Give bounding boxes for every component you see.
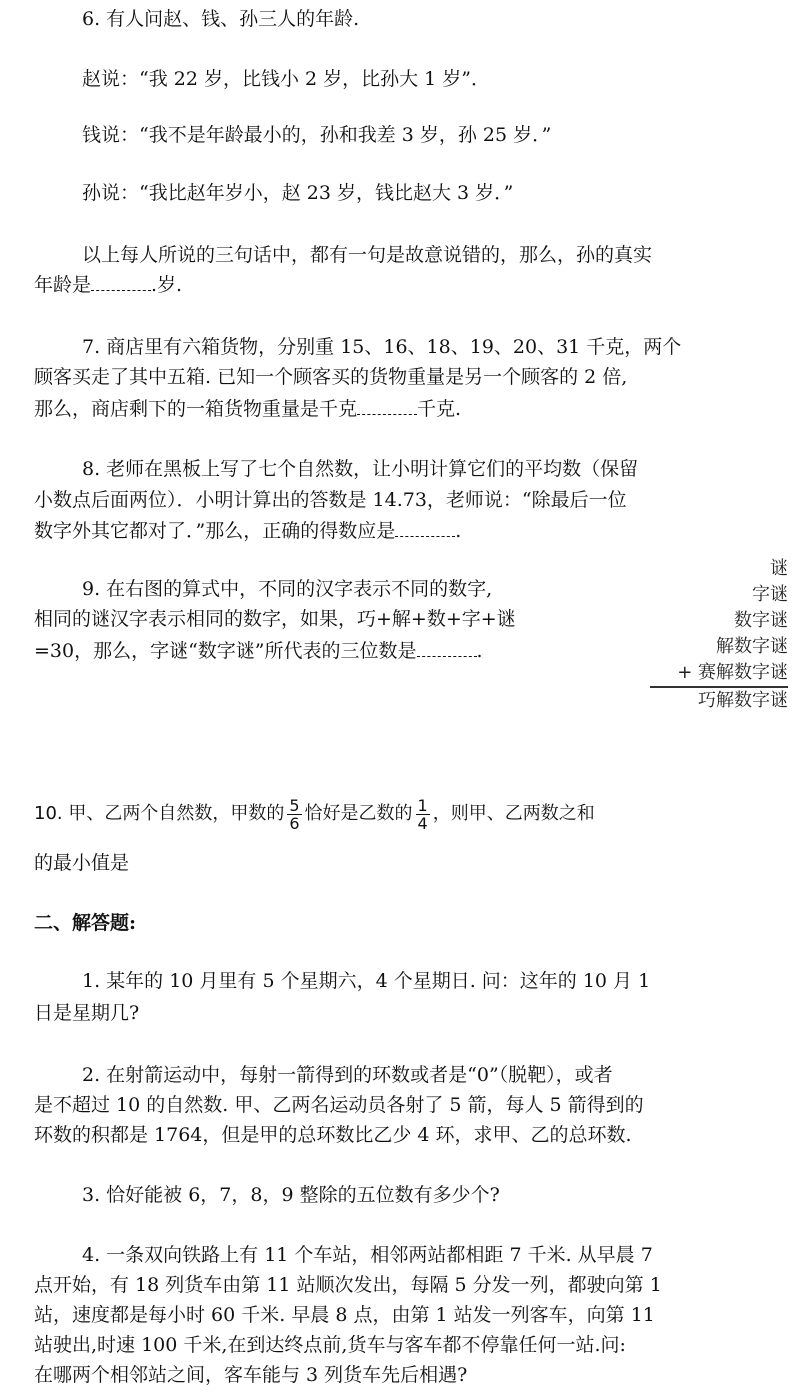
q7-answer-blank[interactable]	[357, 412, 417, 415]
q8-answer-blank[interactable]	[395, 534, 455, 537]
q6-sun-statement: 孙说：“我比赵年岁小，赵 23 岁，钱比赵大 3 岁．”	[82, 180, 513, 206]
fraction-denominator: 6	[289, 815, 299, 832]
q7-line3: 那么，商店剩下的一箱货物重量是千克千克.	[34, 396, 794, 422]
a4-line5: 在哪两个相邻站之间，客车能与 3 列货车先后相遇?	[34, 1362, 794, 1388]
a2-line1: 2. 在射箭运动中，每射一箭得到的环数或者是“0”（脱靶），或者	[82, 1062, 613, 1088]
q6-question-line2: 年龄是.岁.	[34, 272, 794, 298]
q9-answer-blank[interactable]	[417, 654, 477, 657]
q10-text-pre: 10. 甲、乙两个自然数，甲数的	[34, 803, 284, 824]
q9-line2: 相同的谜汉字表示相同的数字，如果，巧+解+数+字+谜	[34, 606, 624, 632]
a3-line1: 3. 恰好能被 6，7，8，9 整除的五位数有多少个?	[82, 1182, 500, 1208]
q7-line3-suffix: 千克.	[417, 398, 461, 420]
q6-answer-blank[interactable]	[91, 288, 151, 291]
q10-text-mid: 恰好是乙数的	[305, 803, 413, 824]
fraction-five-sixths: 56	[287, 797, 301, 832]
q9-line3-text: =30，那么，字谜“数字谜”所代表的三位数是	[34, 640, 417, 662]
puzzle-result: 巧解数字谜	[648, 688, 788, 714]
a2-line2: 是不超过 10 的自然数. 甲、乙两名运动员各射了 5 箭，每人 5 箭得到的	[34, 1092, 794, 1118]
q8-line3-text: 数字外其它都对了．”那么，正确的得数应是	[34, 520, 395, 542]
a4-line4: 站驶出,时速 100 千米,在到达终点前,货车与客车都不停靠任何一站.问:	[34, 1332, 794, 1358]
puzzle-row-4: 解数字谜	[648, 634, 788, 660]
puzzle-row-2: 字谜	[648, 582, 788, 608]
q7-line3-text: 那么，商店剩下的一箱货物重量是千克	[34, 398, 357, 420]
puzzle-row-1: 谜	[648, 556, 788, 582]
fraction-one-quarter: 14	[416, 797, 430, 832]
a1-line2: 日是星期几?	[34, 1000, 794, 1026]
q9-line3: =30，那么，字谜“数字谜”所代表的三位数是.	[34, 638, 624, 664]
a4-line1: 4. 一条双向铁路上有 11 个车站，相邻两站都相距 7 千米. 从早晨 7	[82, 1242, 653, 1268]
word-puzzle-figure: 谜 字谜 数字谜 解数字谜 + 赛解数字谜 巧解数字谜	[648, 556, 788, 714]
q6-question-suffix: .岁.	[151, 274, 182, 296]
a2-line3: 环数的积都是 1764，但是甲的总环数比乙少 4 环，求甲、乙的总环数.	[34, 1122, 794, 1148]
q6-title: 6. 有人问赵、钱、孙三人的年龄.	[82, 6, 359, 32]
puzzle-row-3: 数字谜	[648, 608, 788, 634]
q6-question-line1: 以上每人所说的三句话中，都有一句是故意说错的，那么，孙的真实	[82, 242, 652, 268]
puzzle-row-5: + 赛解数字谜	[648, 660, 788, 686]
q7-line1: 7. 商店里有六箱货物，分别重 15、16、18、19、20、31 千克，两个	[82, 334, 681, 360]
q10-line2: 的最小值是	[34, 850, 794, 876]
q9-line3-suffix: .	[477, 640, 483, 662]
q10-text-post: ，则甲、乙两数之和	[433, 803, 595, 824]
q10-line1: 10. 甲、乙两个自然数，甲数的56恰好是乙数的14，则甲、乙两数之和	[34, 794, 595, 834]
a4-line3: 站，速度都是每小时 60 千米. 早晨 8 点，由第 1 站发一列客车，向第 1…	[34, 1302, 794, 1328]
q6-qian-statement: 钱说：“我不是年龄最小的，孙和我差 3 岁，孙 25 岁．”	[82, 122, 551, 148]
q8-line2: 小数点后面两位）．小明计算出的答数是 14.73，老师说：“除最后一位	[34, 487, 794, 513]
q7-line2: 顾客买走了其中五箱. 已知一个顾客买的货物重量是另一个顾客的 2 倍,	[34, 364, 794, 390]
q6-zhao-statement: 赵说：“我 22 岁，比钱小 2 岁，比孙大 1 岁”．	[82, 66, 490, 92]
fraction-numerator: 5	[287, 797, 301, 815]
q9-line1: 9. 在右图的算式中，不同的汉字表示不同的数字,	[82, 576, 492, 602]
a1-line1: 1. 某年的 10 月里有 5 个星期六，4 个星期日. 问：这年的 10 月 …	[82, 968, 650, 994]
fraction-numerator: 1	[416, 797, 430, 815]
section-heading: 二、解答题:	[34, 910, 794, 936]
a4-line2: 点开始，有 18 列货车由第 11 站顺次发出，每隔 5 分发一列，都驶向第 1	[34, 1272, 794, 1298]
q8-line1: 8. 老师在黑板上写了七个自然数，让小明计算它们的平均数（保留	[82, 456, 638, 482]
q8-line3-suffix: .	[455, 520, 461, 542]
q8-line3: 数字外其它都对了．”那么，正确的得数应是.	[34, 518, 794, 544]
q6-question-text: 年龄是	[34, 274, 91, 296]
fraction-denominator: 4	[418, 815, 428, 832]
